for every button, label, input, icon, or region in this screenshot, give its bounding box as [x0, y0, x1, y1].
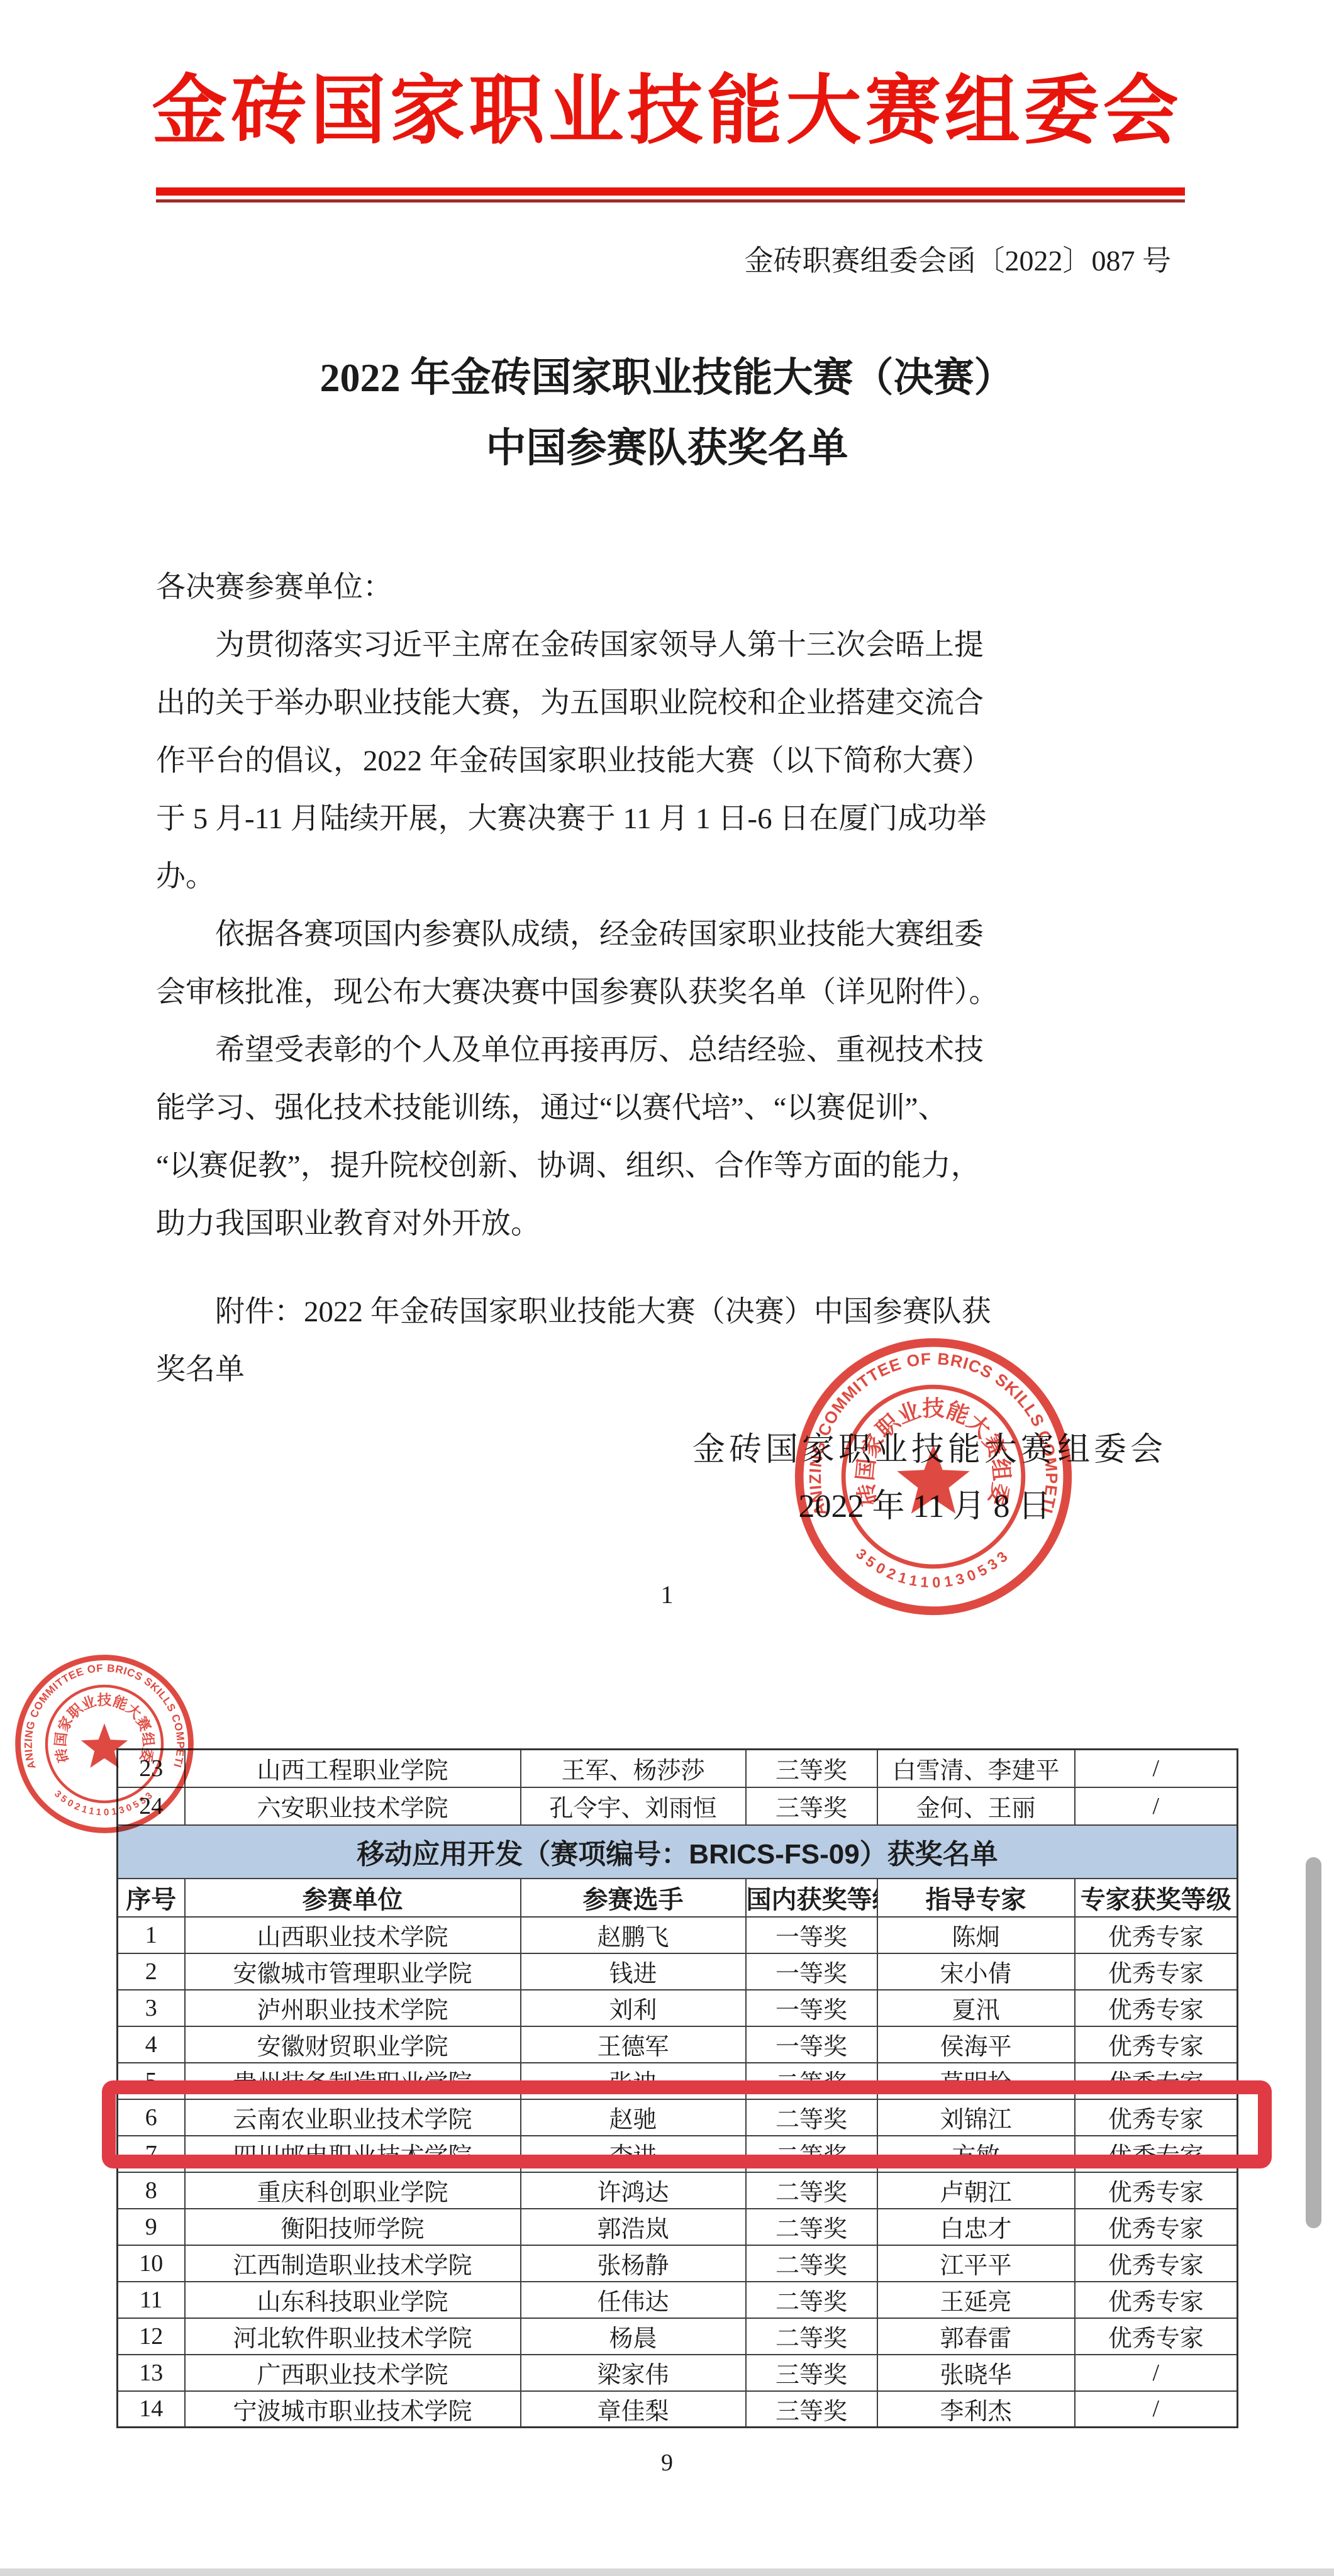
cell-player: 刘利	[521, 1990, 746, 2026]
cell-award: 二等奖	[746, 2245, 877, 2282]
document-viewer: 金砖国家职业技能大赛组委会 金砖职赛组委会函〔2022〕087 号 2022 年…	[0, 0, 1334, 2576]
cell-expert-award: 优秀专家	[1075, 2026, 1238, 2063]
cell-unit: 安徽财贸职业学院	[185, 2026, 521, 2063]
cell-player: 张杨静	[521, 2245, 746, 2282]
cell-unit: 重庆科创职业学院	[185, 2172, 521, 2209]
cell-player: 梁家伟	[521, 2355, 746, 2391]
header-divider-thick-line	[156, 187, 1185, 196]
document-title-line2: 中国参赛队获奖名单	[0, 413, 1334, 484]
body-line: 助力我国职业教育对外开放。	[156, 1195, 1190, 1253]
cell-award: 二等奖	[746, 2282, 877, 2318]
cell-award: 三等奖	[746, 2355, 877, 2391]
cell-expert-award: 优秀专家	[1075, 1953, 1238, 1990]
cell-expert-award: 优秀专家	[1075, 2172, 1238, 2209]
cell-award: 二等奖	[746, 2209, 877, 2245]
cell-player: 孔令宇、刘雨恒	[521, 1787, 746, 1825]
body-line: 依据各赛项国内参赛队成绩，经金砖国家职业技能大赛组委	[156, 906, 1190, 963]
cell-expert-award: 优秀专家	[1075, 2318, 1238, 2355]
cell-expert: 郭春雷	[877, 2318, 1075, 2355]
official-seal-stamp-1: ORGANIZING COMMITTEE OF BRICS SKILLS COM…	[792, 1335, 1075, 1618]
body-line: 出的关于举办职业技能大赛，为五国职业院校和企业搭建交流合	[156, 674, 1190, 732]
table-row-previous-section: 23山西工程职业学院王军、杨莎莎三等奖白雪清、李建平/	[118, 1750, 1238, 1787]
body-line: “以赛促教”，提升院校创新、协调、组织、合作等方面的能力，	[156, 1137, 1190, 1195]
cell-award: 一等奖	[746, 1953, 877, 1990]
cell-unit: 安徽城市管理职业学院	[185, 1953, 521, 1990]
cell-player: 任伟达	[521, 2282, 746, 2318]
cell-seq: 8	[118, 2172, 185, 2209]
cell-seq: 10	[118, 2245, 185, 2282]
cell-expert-award: 优秀专家	[1075, 1990, 1238, 2026]
cell-unit: 宁波城市职业技术学院	[185, 2391, 521, 2428]
body-line: 希望受表彰的个人及单位再接再厉、总结经验、重视技术技	[156, 1021, 1190, 1079]
cell-unit: 广西职业技术学院	[185, 2355, 521, 2391]
document-title-line1: 2022 年金砖国家职业技能大赛（决赛）	[0, 343, 1334, 413]
page-number-1: 1	[0, 1580, 1334, 1609]
cell-seq: 14	[118, 2391, 185, 2428]
cell-player: 郭浩岚	[521, 2209, 746, 2245]
document-body: 各决赛参赛单位： 为贯彻落实习近平主席在金砖国家领导人第十三次会晤上提 出的关于…	[156, 558, 1190, 1253]
cell-expert: 宋小倩	[877, 1953, 1075, 1990]
cell-expert: 卢朝江	[877, 2172, 1075, 2209]
cell-expert-award: 优秀专家	[1075, 1917, 1238, 1953]
table-row-previous-section: 24六安职业技术学院孔令宇、刘雨恒三等奖金何、王丽/	[118, 1787, 1238, 1825]
scrollbar-thumb[interactable]	[1306, 1857, 1321, 2228]
table-header-cell: 专家获奖等级	[1075, 1879, 1238, 1917]
cell-unit: 六安职业技术学院	[185, 1787, 521, 1825]
cell-award: 三等奖	[746, 1787, 877, 1825]
cell-seq: 2	[118, 1953, 185, 1990]
cell-seq: 1	[118, 1917, 185, 1953]
cell-award: 三等奖	[746, 1750, 877, 1787]
cell-player: 王德军	[521, 2026, 746, 2063]
cell-expert: 夏汛	[877, 1990, 1075, 2026]
cell-unit: 山西工程职业学院	[185, 1750, 521, 1787]
cell-expert: 张晓华	[877, 2355, 1075, 2391]
cell-expert-award: 优秀专家	[1075, 2245, 1238, 2282]
cell-expert: 白雪清、李建平	[877, 1750, 1075, 1787]
official-seal-stamp-2: ORGANIZING COMMITTEE OF BRICS SKILLS COM…	[13, 1653, 196, 1835]
cell-expert: 白忠才	[877, 2209, 1075, 2245]
cell-expert: 陈炯	[877, 1917, 1075, 1953]
cell-award: 二等奖	[746, 2172, 877, 2209]
cell-expert: 李利杰	[877, 2391, 1075, 2428]
star-icon	[81, 1723, 128, 1768]
viewer-bottom-bar	[0, 2568, 1334, 2576]
table-row: 3泸州职业技术学院刘利一等奖夏汛优秀专家	[118, 1990, 1238, 2026]
table-row: 9衡阳技师学院郭浩岚二等奖白忠才优秀专家	[118, 2209, 1238, 2245]
document-title: 2022 年金砖国家职业技能大赛（决赛） 中国参赛队获奖名单	[0, 343, 1334, 484]
table-row: 8重庆科创职业学院许鸿达二等奖卢朝江优秀专家	[118, 2172, 1238, 2209]
cell-unit: 山西职业技术学院	[185, 1917, 521, 1953]
table-row: 14宁波城市职业技术学院章佳梨三等奖李利杰/	[118, 2391, 1238, 2428]
cell-expert: 金何、王丽	[877, 1787, 1075, 1825]
cell-award: 二等奖	[746, 2318, 877, 2355]
cell-unit: 河北软件职业技术学院	[185, 2318, 521, 2355]
star-icon	[897, 1445, 969, 1514]
cell-unit: 泸州职业技术学院	[185, 1990, 521, 2026]
cell-seq: 3	[118, 1990, 185, 2026]
cell-seq: 13	[118, 2355, 185, 2391]
cell-expert-award: /	[1075, 2391, 1238, 2428]
body-line: 能学习、强化技术技能训练，通过“以赛代培”、“以赛促训”、	[156, 1079, 1190, 1137]
table-header-cell: 指导专家	[877, 1879, 1075, 1917]
table-row: 13广西职业技术学院梁家伟三等奖张晓华/	[118, 2355, 1238, 2391]
attachment-line1: 附件：2022 年金砖国家职业技能大赛（决赛）中国参赛队获	[156, 1283, 1190, 1341]
cell-seq: 12	[118, 2318, 185, 2355]
cell-award: 三等奖	[746, 2391, 877, 2428]
body-line: 会审核批准，现公布大赛决赛中国参赛队获奖名单（详见附件）。	[156, 963, 1190, 1021]
body-line: 于 5 月-11 月陆续开展，大赛决赛于 11 月 1 日-6 日在厦门成功举	[156, 790, 1190, 848]
cell-expert-award: /	[1075, 1787, 1238, 1825]
table-row: 12河北软件职业技术学院杨晨二等奖郭春雷优秀专家	[118, 2318, 1238, 2355]
salutation-line: 各决赛参赛单位：	[156, 558, 1190, 616]
table-row: 10江西制造职业技术学院张杨静二等奖江平平优秀专家	[118, 2245, 1238, 2282]
cell-player: 章佳梨	[521, 2391, 746, 2428]
body-line: 作平台的倡议，2022 年金砖国家职业技能大赛（以下简称大赛）	[156, 732, 1190, 790]
cell-unit: 山东科技职业学院	[185, 2282, 521, 2318]
highlight-rectangle	[102, 2080, 1272, 2168]
table-section-banner: 移动应用开发（赛项编号：BRICS-FS-09）获奖名单	[118, 1825, 1238, 1879]
cell-unit: 衡阳技师学院	[185, 2209, 521, 2245]
cell-award: 一等奖	[746, 1990, 877, 2026]
table-header-cell: 国内获奖等级	[746, 1879, 877, 1917]
table-row: 11山东科技职业学院任伟达二等奖王延亮优秀专家	[118, 2282, 1238, 2318]
cell-seq: 4	[118, 2026, 185, 2063]
cell-seq: 9	[118, 2209, 185, 2245]
body-line: 为贯彻落实习近平主席在金砖国家领导人第十三次会晤上提	[156, 616, 1190, 674]
cell-expert-award: 优秀专家	[1075, 2209, 1238, 2245]
cell-player: 许鸿达	[521, 2172, 746, 2209]
header-divider-thin-line	[156, 199, 1185, 203]
cell-award: 一等奖	[746, 1917, 877, 1953]
table-row: 4安徽财贸职业学院王德军一等奖侯海平优秀专家	[118, 2026, 1238, 2063]
org-header-title: 金砖国家职业技能大赛组委会	[0, 50, 1334, 158]
cell-award: 一等奖	[746, 2026, 877, 2063]
document-number: 金砖职赛组委会函〔2022〕087 号	[745, 238, 1172, 279]
cell-expert: 江平平	[877, 2245, 1075, 2282]
table-header-cell: 参赛选手	[521, 1879, 746, 1917]
cell-expert-award: /	[1075, 2355, 1238, 2391]
table-section-banner-row: 移动应用开发（赛项编号：BRICS-FS-09）获奖名单	[118, 1825, 1238, 1879]
table-header-cell: 参赛单位	[185, 1879, 521, 1917]
cell-player: 王军、杨莎莎	[521, 1750, 746, 1787]
cell-expert: 王延亮	[877, 2282, 1075, 2318]
cell-expert-award: 优秀专家	[1075, 2282, 1238, 2318]
table-row: 2安徽城市管理职业学院钱进一等奖宋小倩优秀专家	[118, 1953, 1238, 1990]
table-header-cell: 序号	[118, 1879, 185, 1917]
cell-player: 赵鹏飞	[521, 1917, 746, 1953]
table-row: 1山西职业技术学院赵鹏飞一等奖陈炯优秀专家	[118, 1917, 1238, 1953]
page-number-9: 9	[0, 2449, 1334, 2477]
cell-player: 杨晨	[521, 2318, 746, 2355]
body-line: 办。	[156, 848, 1190, 906]
cell-expert: 侯海平	[877, 2026, 1075, 2063]
header-divider	[156, 187, 1185, 203]
table-header-row: 序号参赛单位参赛选手国内获奖等级指导专家专家获奖等级	[118, 1879, 1238, 1917]
cell-seq: 11	[118, 2282, 185, 2318]
cell-expert-award: /	[1075, 1750, 1238, 1787]
cell-unit: 江西制造职业技术学院	[185, 2245, 521, 2282]
cell-player: 钱进	[521, 1953, 746, 1990]
